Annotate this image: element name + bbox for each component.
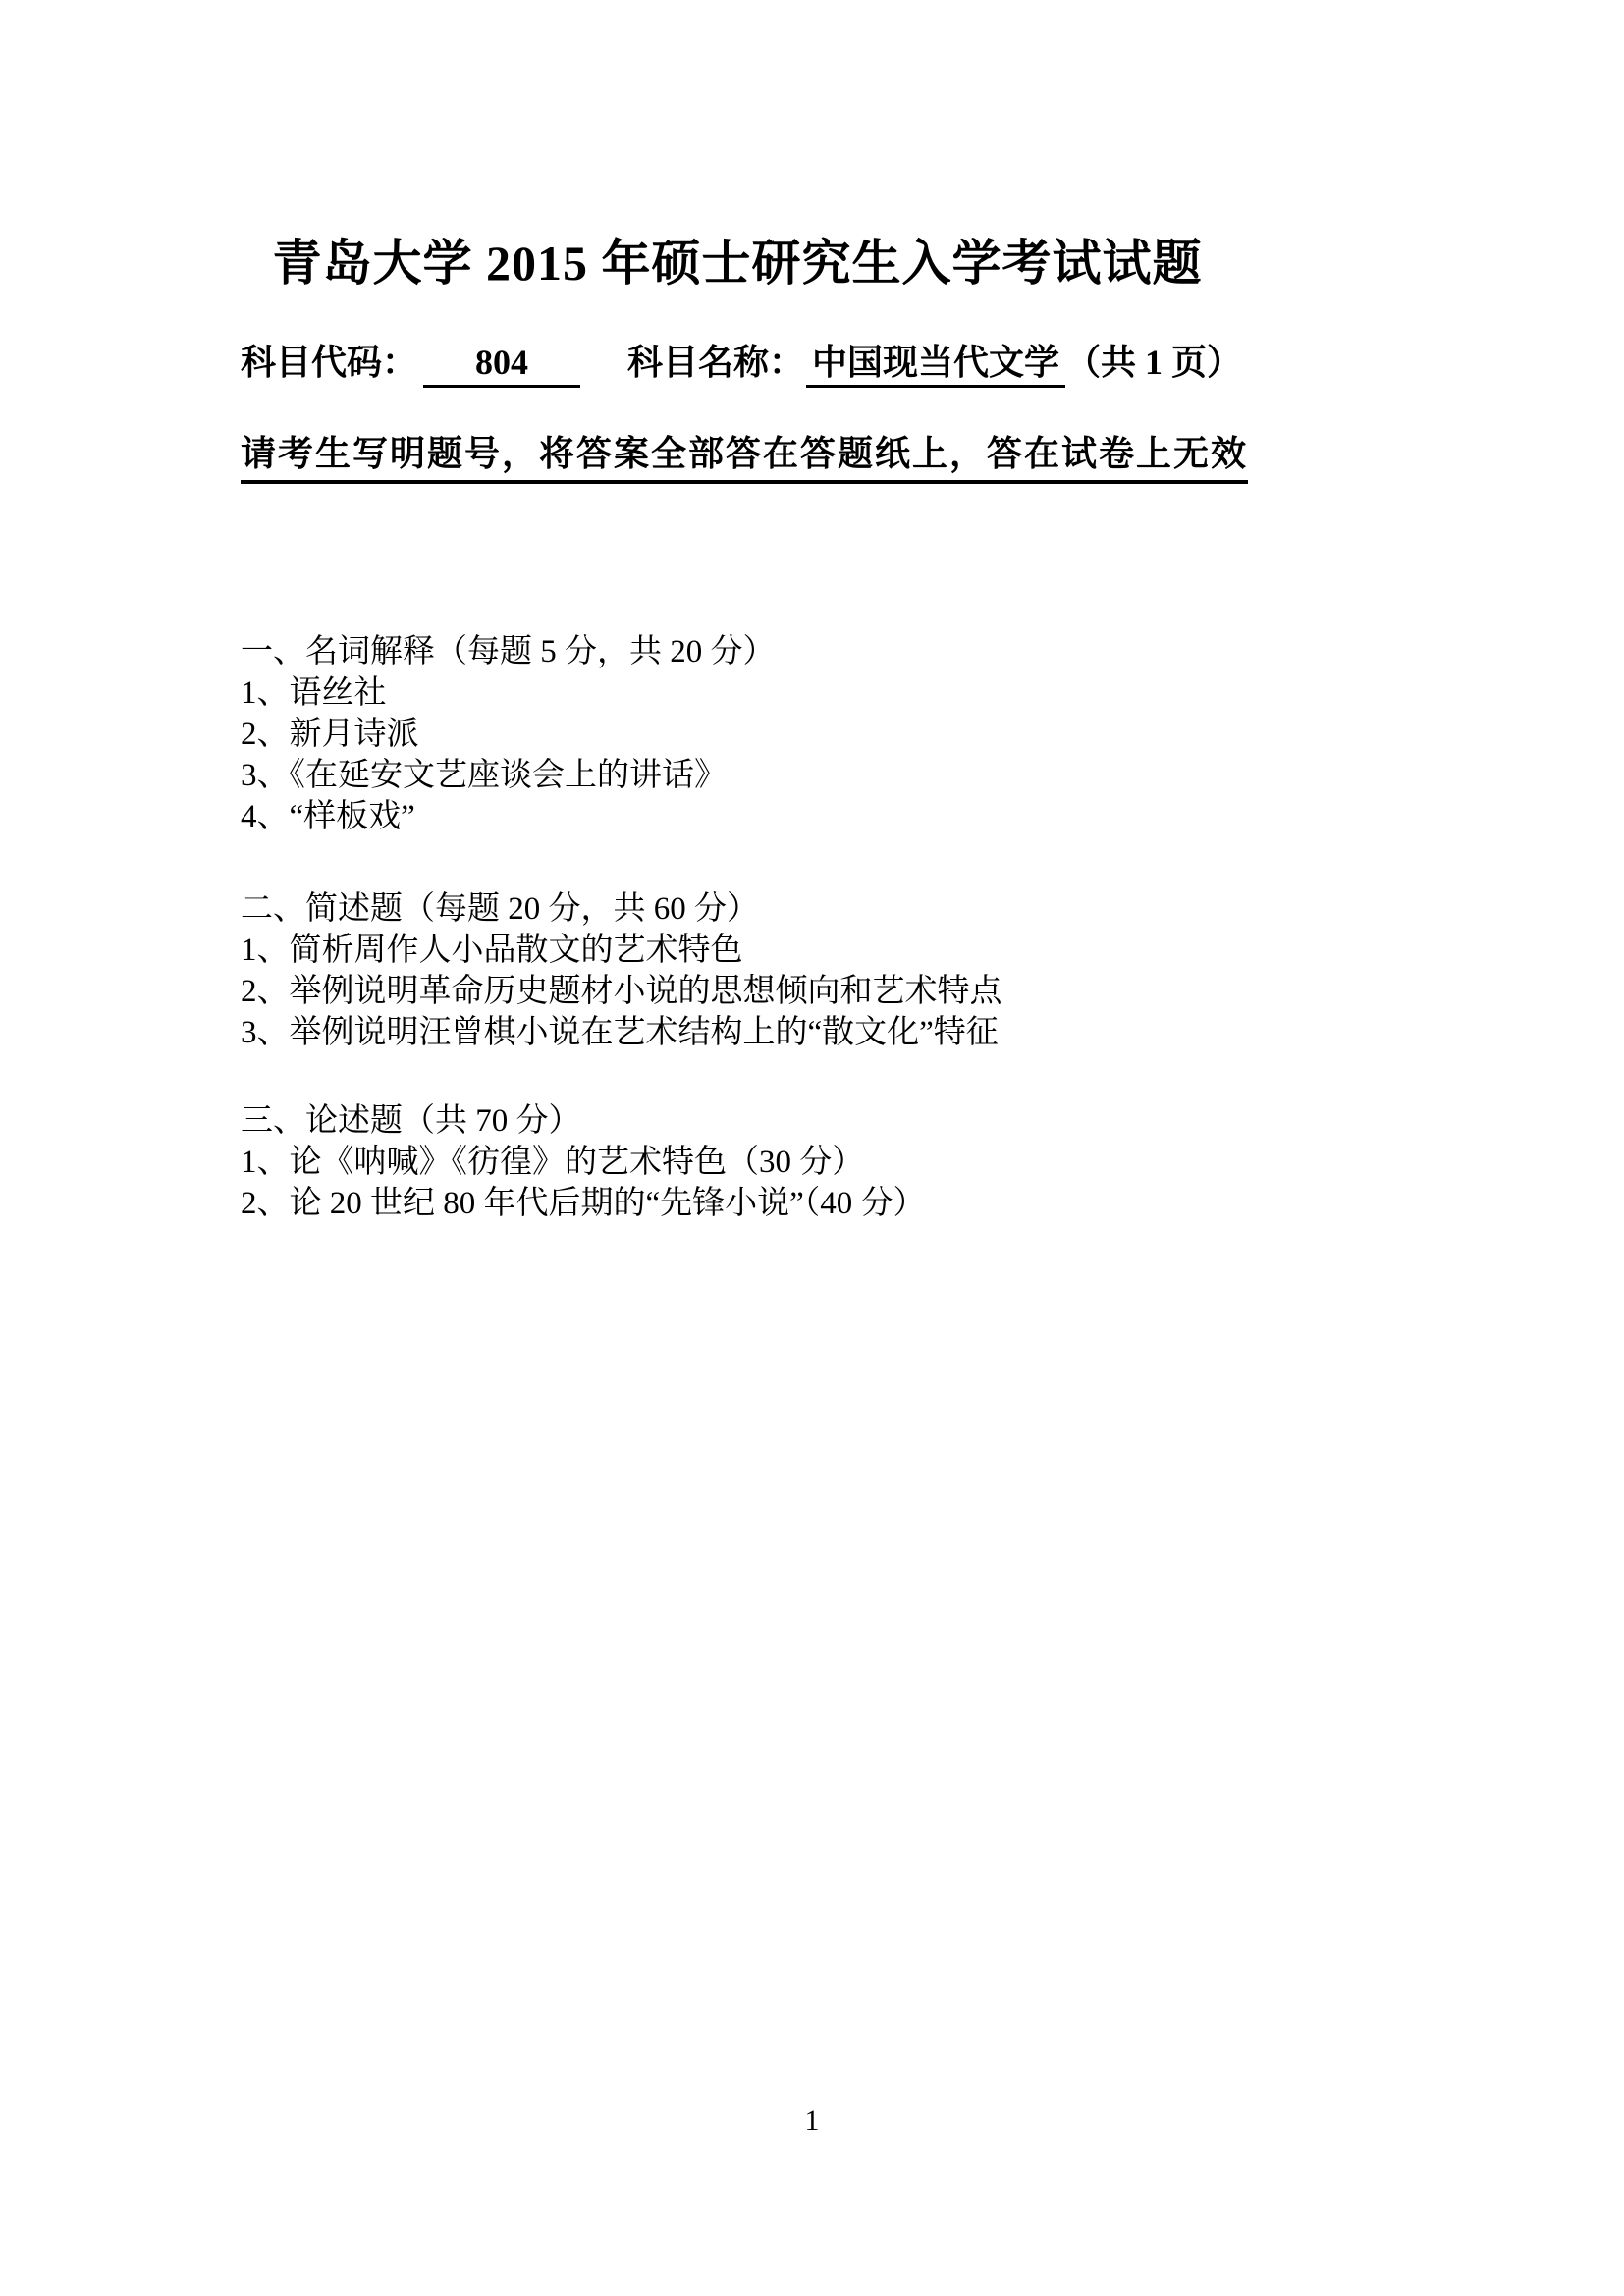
section-term-explanation: 一、名词解释（每题 5 分，共 20 分） 1、语丝社 2、新月诗派 3、《在延… — [241, 631, 1234, 837]
section-1-item-1: 1、语丝社 — [241, 672, 1234, 714]
subject-pages-note: （共 1 页） — [1065, 343, 1242, 382]
subject-code-value: 804 — [423, 340, 580, 388]
section-2-item-3: 3、举例说明汪曾棋小说在艺术结构上的“散文化”特征 — [241, 1012, 1234, 1053]
page-title: 青岛大学 2015 年硕士研究生入学考试试题 — [241, 232, 1234, 294]
section-2-item-2: 2、举例说明革命历史题材小说的思想倾向和艺术特点 — [241, 971, 1234, 1012]
section-1-item-4: 4、“样板戏” — [241, 796, 1234, 837]
section-1-item-2: 2、新月诗派 — [241, 714, 1234, 755]
exam-content: 青岛大学 2015 年硕士研究生入学考试试题 科目代码：804科目名称：中国现当… — [241, 232, 1234, 1224]
answer-sheet-notice: 请考生写明题号，将答案全部答在答题纸上，答在试卷上无效 — [241, 431, 1248, 484]
subject-row: 科目代码：804科目名称：中国现当代文学（共 1 页） — [241, 340, 1234, 388]
section-2-item-1: 1、简析周作人小品散文的艺术特色 — [241, 930, 1234, 971]
subject-name-value: 中国现当代文学 — [806, 340, 1065, 388]
section-2-heading: 二、简述题（每题 20 分，共 60 分） — [241, 888, 1234, 930]
section-1-item-3: 3、《在延安文艺座谈会上的讲话》 — [241, 755, 1234, 796]
exam-paper-page: 青岛大学 2015 年硕士研究生入学考试试题 科目代码：804科目名称：中国现当… — [0, 0, 1624, 2296]
subject-code-label: 科目代码： — [241, 343, 417, 382]
page-number: 1 — [0, 2103, 1624, 2140]
section-essay: 三、论述题（共 70 分） 1、论《呐喊》《彷徨》的艺术特色（30 分） 2、论… — [241, 1100, 1234, 1224]
section-1-heading: 一、名词解释（每题 5 分，共 20 分） — [241, 631, 1234, 672]
section-3-item-1: 1、论《呐喊》《彷徨》的艺术特色（30 分） — [241, 1142, 1234, 1183]
section-3-item-2: 2、论 20 世纪 80 年代后期的“先锋小说”（40 分） — [241, 1183, 1234, 1224]
section-3-heading: 三、论述题（共 70 分） — [241, 1100, 1234, 1142]
question-sections: 一、名词解释（每题 5 分，共 20 分） 1、语丝社 2、新月诗派 3、《在延… — [241, 631, 1234, 1224]
section-short-answer: 二、简述题（每题 20 分，共 60 分） 1、简析周作人小品散文的艺术特色 2… — [241, 888, 1234, 1053]
subject-name-label: 科目名称： — [627, 343, 804, 382]
